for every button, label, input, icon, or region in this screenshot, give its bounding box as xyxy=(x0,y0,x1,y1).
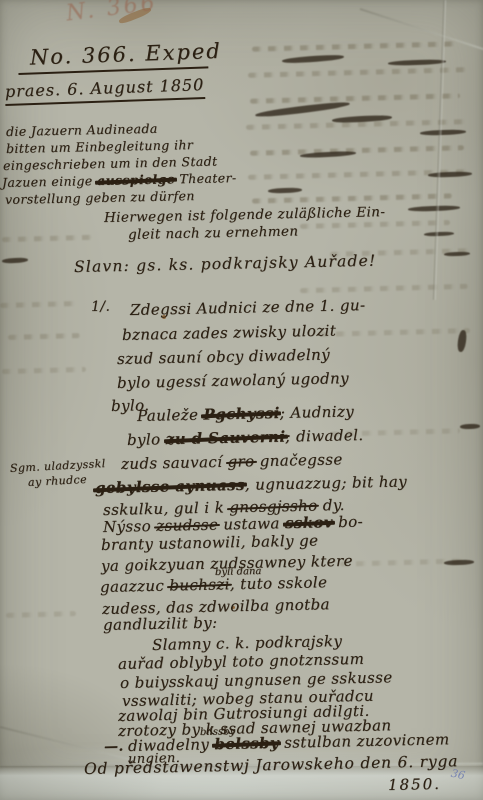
margin-dash: —. xyxy=(104,739,124,755)
margin-note-line: ay rhudce xyxy=(28,473,88,489)
struck-text: zu d Sauverni xyxy=(165,428,285,449)
text-segment: gnačegsse xyxy=(254,450,342,470)
text-segment: Pauleže xyxy=(137,406,204,425)
paragraph-marker: 1/. xyxy=(91,299,111,315)
struck-text: ausspielge xyxy=(97,171,175,188)
body-line: Zdegssi Audnici ze dne 1. gu- xyxy=(130,296,366,319)
text-segment: ustawa xyxy=(218,514,285,533)
registry-note-line: eingeschrieben um in den Stadt xyxy=(3,154,218,173)
closing-year: 1850. xyxy=(388,775,441,794)
text-segment: bylo xyxy=(127,430,166,449)
registry-note-line: bitten um Einbegleitung ihr xyxy=(6,137,194,156)
body-line: bznaca zades zwisky ulozit xyxy=(122,322,337,344)
registry-note-line: Jazuen einige ausspielge Theater- xyxy=(2,170,237,190)
struck-text: gro xyxy=(227,452,254,471)
text-segment: dy. xyxy=(317,496,345,515)
text-segment: , ugnuazzug; bit hay xyxy=(245,472,408,493)
text-segment: ; diwadel. xyxy=(285,426,363,446)
text-segment: zuds sauvací xyxy=(121,453,228,473)
margin-note-line: Sgm. uladzysskl xyxy=(10,457,106,475)
struck-text: buchszi xyxy=(169,575,230,594)
manuscript-content: N. 366 No. 366. Exped praes. 6. August 1… xyxy=(0,0,483,800)
manuscript-page: N. 366 No. 366. Exped praes. 6. August 1… xyxy=(0,0,483,800)
instruction-line: gleit nach zu ernehmen xyxy=(128,223,299,243)
text-segment: Theater- xyxy=(175,170,237,186)
document-number: No. 366. Exped xyxy=(17,39,208,75)
body-line: bylo ugessí zawolaný ugodny xyxy=(117,369,349,392)
faded-top-note: N. 366 xyxy=(65,0,159,27)
text-segment: sstulban zuzovicnem xyxy=(279,730,450,752)
text-segment: ; Audnizy xyxy=(280,402,355,422)
struck-text: sskov xyxy=(285,513,333,532)
text-segment: Nýsso xyxy=(103,517,157,536)
struck-text: Pgchyssi xyxy=(203,404,280,424)
struck-text: zsudsse xyxy=(156,516,218,535)
presentation-date: praes. 6. August 1850 xyxy=(5,75,206,106)
body-line: gaazzuc buchszi, tuto sskole xyxy=(100,573,328,596)
text-segment: Jazuen einige xyxy=(2,173,97,190)
body-line: gebylsse aynuass, ugnuazzug; bit hay xyxy=(95,472,407,497)
instruction-line: Hierwegen ist folgende zuläßliche Ein- xyxy=(104,204,386,226)
text-segment: , tuto sskole xyxy=(230,573,328,593)
struck-text: gebylsse aynuass xyxy=(95,476,245,497)
body-line: Pauleže Pgchyssi; Audnizy xyxy=(137,402,354,425)
salutation: Slavn: gs. ks. podkrajsky Auřade! xyxy=(74,252,377,276)
body-line: zuds sauvací gro gnačegsse xyxy=(121,450,343,473)
registry-note-line: die Jazuern Audineada xyxy=(6,121,158,139)
body-line: branty ustanowili, bakly ge xyxy=(101,531,319,554)
registry-note-line: vorstellung geben zu dürfen xyxy=(5,188,195,207)
page-number-pencil: 36 xyxy=(450,767,466,783)
text-segment: gaazzuc xyxy=(100,577,170,596)
body-line: szud sauní obcy diwadelný xyxy=(117,346,330,368)
struck-text: belssby xyxy=(214,734,279,753)
text-segment: bo- xyxy=(333,513,363,532)
body-line: bylo zu d Sauverni; diwadel. xyxy=(127,426,364,449)
body-line: gandluzilit by: xyxy=(103,614,218,634)
